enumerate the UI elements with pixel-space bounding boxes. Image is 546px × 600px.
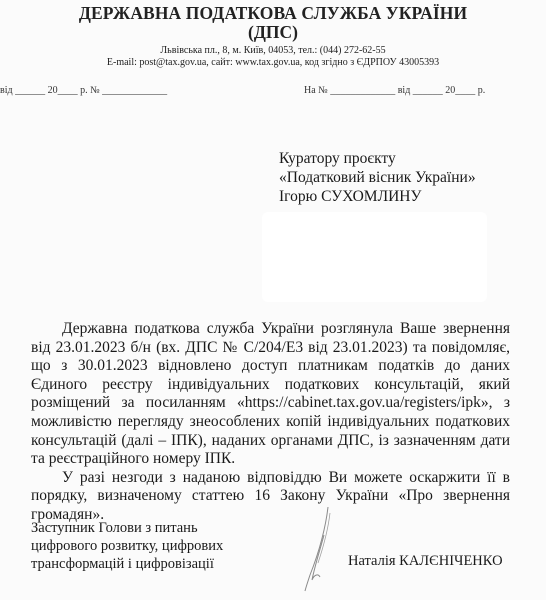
redacted-area	[262, 212, 487, 302]
letter-body: Державна податкова служба України розгля…	[31, 320, 510, 525]
signer-position: Заступник Голови з питань цифрового розв…	[31, 519, 223, 573]
signer-name: Наталія КАЛЄНІЧЕНКО	[348, 553, 503, 570]
signer-position-line: Заступник Голови з питань	[31, 519, 223, 537]
organization-contacts: E-mail: post@tax.gov.ua, сайт: www.tax.g…	[0, 57, 546, 68]
signer-position-line: трансформацій і цифровізації	[31, 555, 223, 573]
recipient-block: Куратору проєкту «Податковий вісник Укра…	[279, 149, 476, 206]
handwritten-signature-icon	[300, 505, 350, 595]
recipient-line: Ігорю СУХОМЛИНУ	[279, 187, 476, 206]
outgoing-registration: від ______ 20____ р. № _____________	[0, 85, 167, 96]
letter-page: ДЕРЖАВНА ПОДАТКОВА СЛУЖБА УКРАЇНИ (ДПС) …	[0, 0, 546, 600]
organization-address: Львівська пл., 8, м. Київ, 04053, тел.: …	[0, 45, 546, 56]
recipient-line: «Податковий вісник України»	[279, 168, 476, 187]
body-paragraph: У разі незгоди з наданою відповіддю Ви м…	[31, 469, 510, 525]
organization-title: ДЕРЖАВНА ПОДАТКОВА СЛУЖБА УКРАЇНИ	[0, 3, 546, 24]
organization-abbreviation: (ДПС)	[0, 22, 546, 43]
incoming-registration: На № _____________ від ______ 20____ р.	[304, 85, 485, 96]
body-paragraph: Державна податкова служба України розгля…	[31, 320, 510, 469]
recipient-line: Куратору проєкту	[279, 149, 476, 168]
signer-position-line: цифрового розвитку, цифрових	[31, 537, 223, 555]
